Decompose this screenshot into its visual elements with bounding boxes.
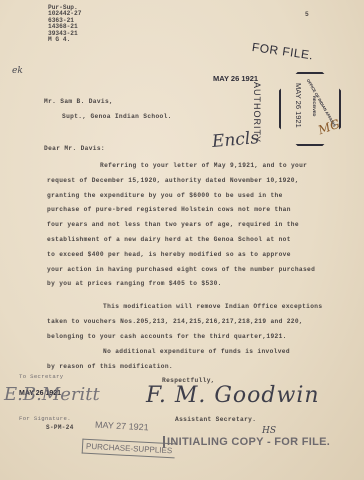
for-signature-label: For Signature. bbox=[19, 415, 71, 423]
salutation: Dear Mr. Davis: bbox=[44, 145, 105, 153]
body-line: by you at prices ranging from $405 to $5… bbox=[47, 277, 315, 292]
paragraph-3: No additional expenditure of funds is in… bbox=[47, 345, 290, 375]
received-stamp-label: RECEIVED bbox=[312, 96, 317, 116]
addressee-name: Mr. Sam B. Davis, bbox=[44, 98, 113, 106]
encls-annotation: Encls bbox=[211, 128, 260, 152]
purchase-supplies-stamp: PURCHASE-SUPPLIES bbox=[82, 439, 176, 459]
signer-title: Assistant Secretary. bbox=[175, 416, 256, 424]
file-references: Pur-Sup. 102442-27 6363-21 14368-21 3934… bbox=[48, 5, 81, 43]
body-line: your action in having purchased eight co… bbox=[47, 263, 315, 278]
body-line: four years and not less than two years o… bbox=[47, 218, 315, 233]
body-line: purchase of pure-bred registered Holstei… bbox=[47, 203, 315, 218]
body-line: to exceed $400 per head, is hereby modif… bbox=[47, 248, 315, 263]
purchase-date-stamp: MAY 27 1921 bbox=[95, 420, 149, 433]
signature: F. M. Goodwin bbox=[146, 383, 320, 408]
initialing-initials: HS bbox=[262, 426, 276, 436]
body-line: Referring to your letter of May 9,1921, … bbox=[47, 159, 315, 174]
code-label: S-PM-24 bbox=[46, 424, 74, 432]
body-line: establishment of a new dairy herd at the… bbox=[47, 233, 315, 248]
to-secretary-label: To Secretary bbox=[19, 373, 63, 381]
body-line: belonging to your cash accounts for the … bbox=[47, 330, 322, 345]
paragraph-2: This modification will remove Indian Off… bbox=[47, 300, 322, 344]
initialing-copy-stamp: INITIALING COPY - FOR FILE. bbox=[163, 436, 330, 448]
body-line: No additional expenditure of funds is in… bbox=[47, 345, 290, 360]
body-line: request of December 15,1920, authority d… bbox=[47, 174, 315, 189]
for-file-stamp: FOR FILE. bbox=[251, 40, 314, 62]
initials-signature: E.B.Meritt bbox=[4, 384, 100, 405]
body-line: taken to vouchers Nos.205,213, 214,215,2… bbox=[47, 315, 322, 330]
file-ref: M G 4. bbox=[48, 37, 81, 43]
margin-note: ek bbox=[12, 66, 23, 76]
received-stamp-date: MAY 26 1921 bbox=[294, 83, 303, 128]
body-line: This modification will remove Indian Off… bbox=[47, 300, 322, 315]
body-line: granting the expenditure by you of $6000… bbox=[47, 189, 315, 204]
paragraph-1: Referring to your letter of May 9,1921, … bbox=[47, 159, 315, 292]
addressee-title: Supt., Genoa Indian School. bbox=[62, 113, 172, 121]
body-line: by reason of this modification. bbox=[47, 360, 290, 375]
page-number: 5 bbox=[305, 11, 309, 19]
